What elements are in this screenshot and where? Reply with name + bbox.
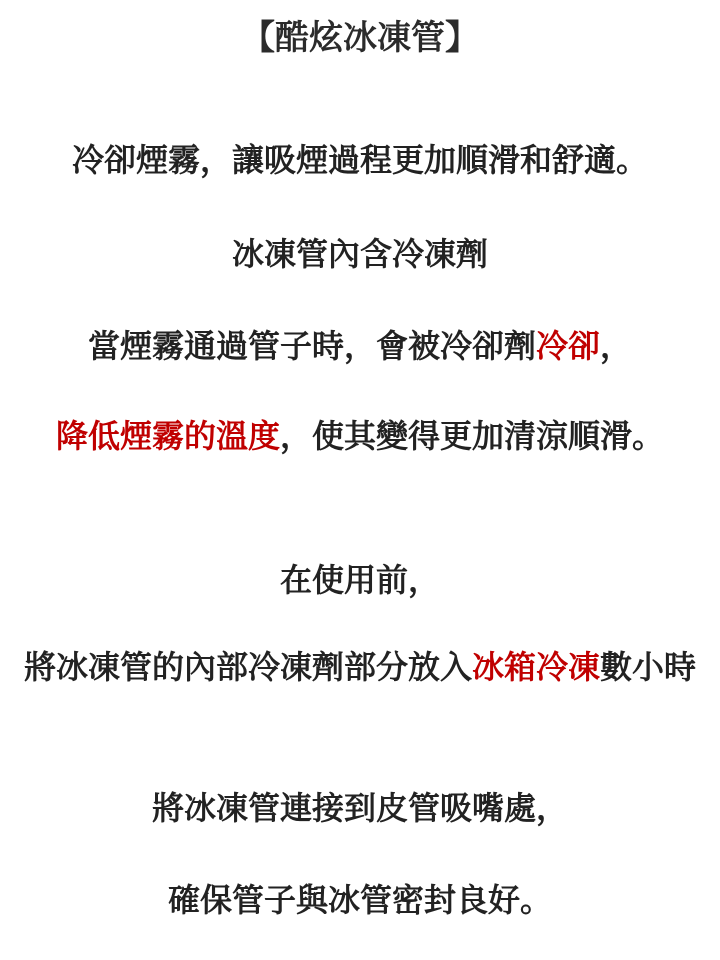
product-description-page: 【酷炫冰凍管】 冷卻煙霧，讓吸煙過程更加順滑和舒適。 冰凍管內含冷凍劑 當煙霧通… <box>0 0 720 960</box>
page-title: 【酷炫冰凍管】 <box>0 21 720 55</box>
paragraph-seal-instruction: 確保管子與冰管密封良好。 <box>0 884 720 916</box>
paragraph-smoke-cooled: 當煙霧通過管子時，會被冷卻劑冷卻， <box>0 330 720 362</box>
paragraph-smoke-cooled-text: 當煙霧通過管子時，會被冷卻劑 <box>88 328 536 364</box>
paragraph-before-use: 在使用前， <box>0 564 720 596</box>
paragraph-lower-temperature: 降低煙霧的溫度，使其變得更加清涼順滑。 <box>0 420 720 452</box>
paragraph-lower-temperature-tail: ，使其變得更加清涼順滑。 <box>280 418 664 454</box>
paragraph-intro: 冷卻煙霧，讓吸煙過程更加順滑和舒適。 <box>0 144 720 176</box>
paragraph-smoke-cooled-tail: ， <box>600 328 632 364</box>
paragraph-freeze-instruction-highlight: 冰箱冷凍 <box>472 649 600 685</box>
paragraph-freeze-instruction: 將冰凍管的內部冷凍劑部分放入冰箱冷凍數小時 <box>0 651 720 683</box>
paragraph-connect-instruction: 將冰凍管連接到皮管吸嘴處， <box>0 792 720 824</box>
paragraph-freeze-instruction-tail: 數小時 <box>600 649 696 685</box>
paragraph-contains-coolant: 冰凍管內含冷凍劑 <box>0 238 720 270</box>
paragraph-smoke-cooled-highlight: 冷卻 <box>536 328 600 364</box>
paragraph-freeze-instruction-text: 將冰凍管的內部冷凍劑部分放入 <box>24 649 472 685</box>
paragraph-lower-temperature-highlight: 降低煙霧的溫度 <box>56 418 280 454</box>
